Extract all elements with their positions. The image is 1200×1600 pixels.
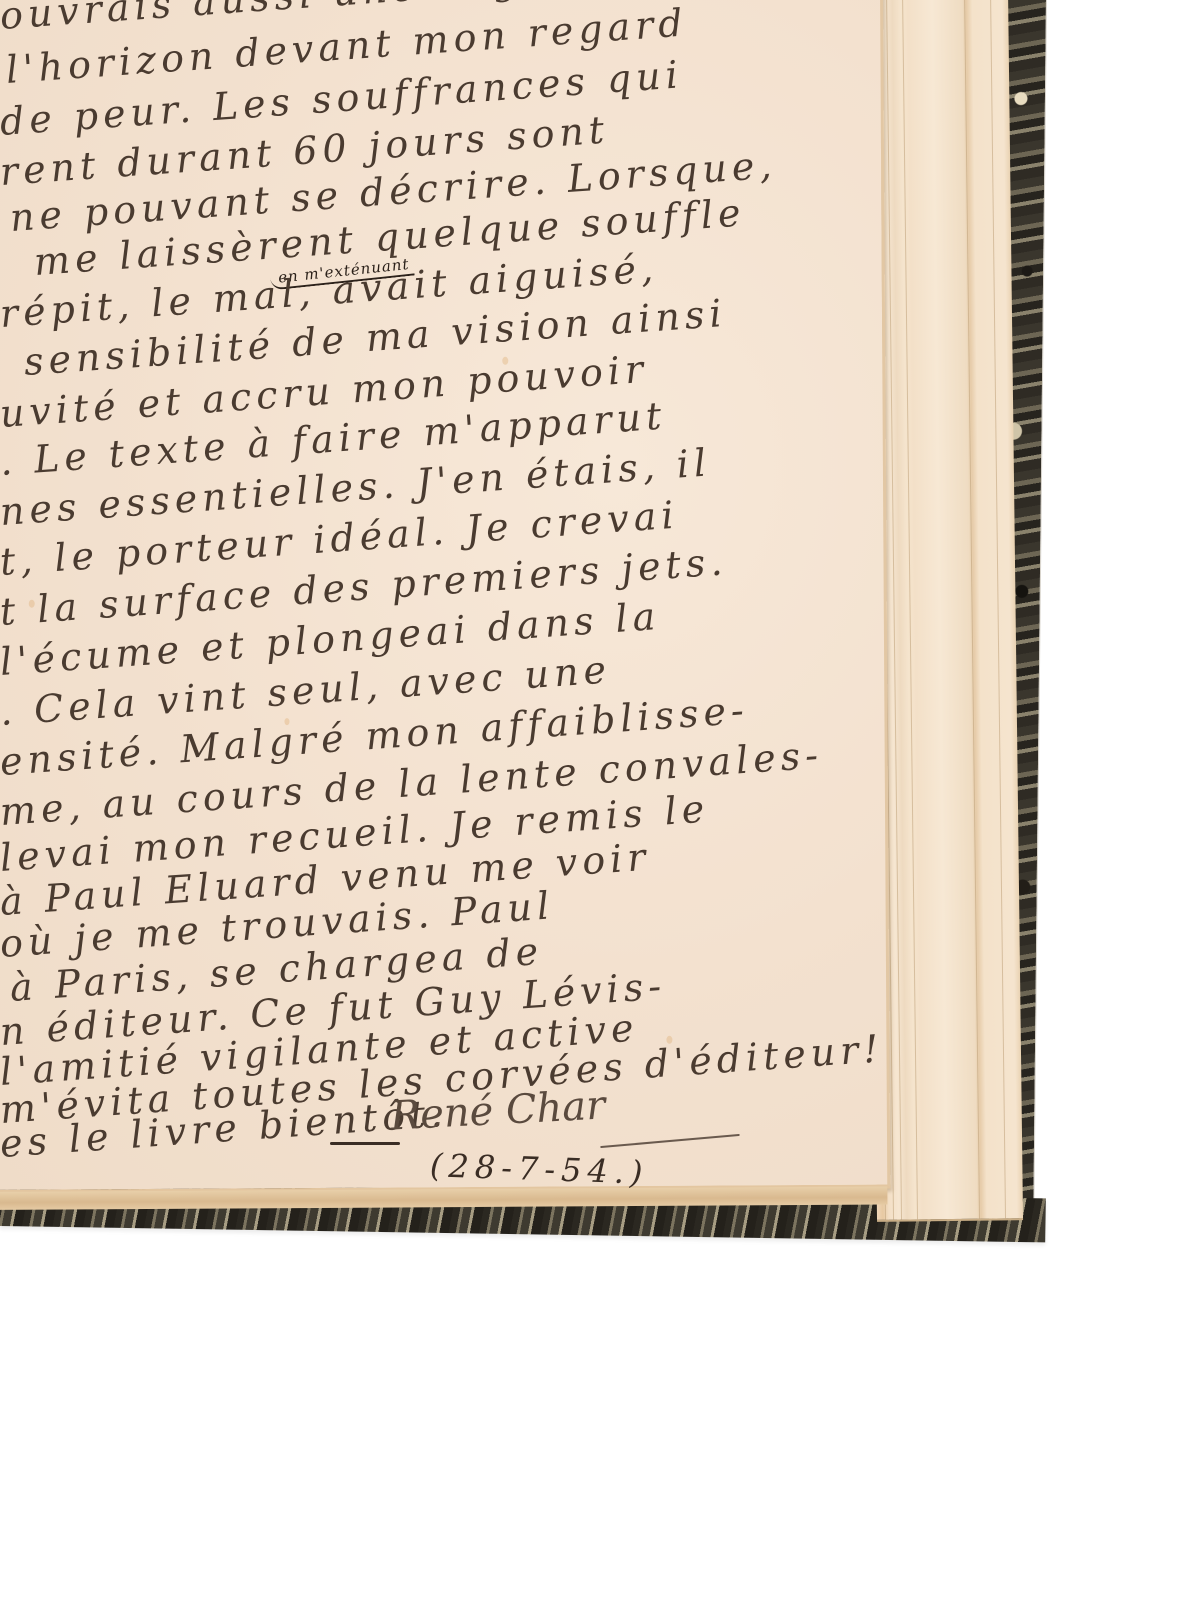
signature: René Char [389, 1082, 606, 1139]
handwritten-text: ouvrais aussi une angoisse l'horizon dev… [0, 0, 880, 1200]
signature-flourish [600, 1134, 740, 1148]
manuscript-photo: ouvrais aussi une angoisse l'horizon dev… [0, 0, 1200, 1600]
manuscript-date: (28-7-54.) [429, 1146, 649, 1192]
signature-underline [330, 1142, 400, 1145]
